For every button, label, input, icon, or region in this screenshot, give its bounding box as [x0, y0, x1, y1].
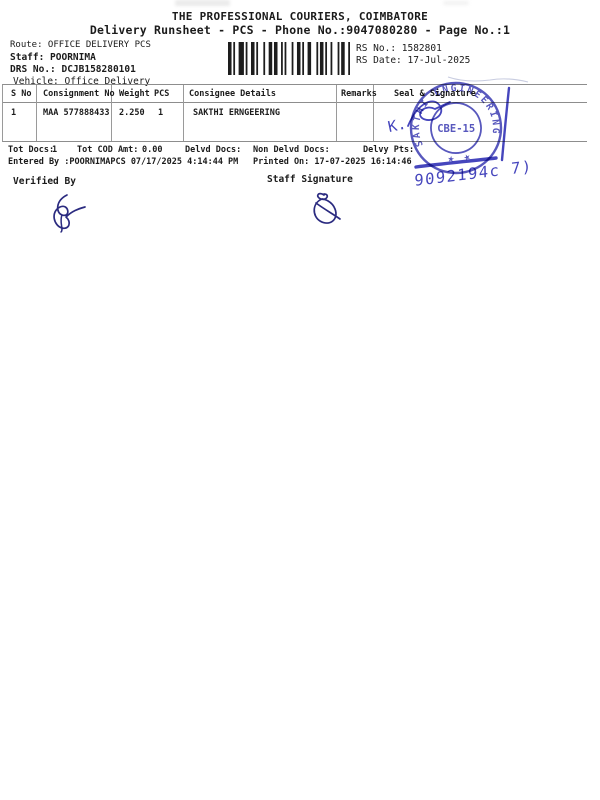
scribble-signature-ink — [408, 101, 450, 126]
handwritten-phone-number: 9092194c 7) — [414, 157, 533, 190]
tot-cod-label: Tot COD Amt: — [77, 145, 138, 155]
tot-docs-value: 1 — [52, 145, 57, 155]
staff-field: Staff: POORNIMA — [10, 52, 96, 63]
entered-by-field: Entered By :POORNIMAPCS 07/17/2025 4:14:… — [8, 157, 238, 167]
rs-date-field: RS Date: 17-Jul-2025 — [356, 55, 470, 66]
row-sno: 1 — [11, 108, 16, 118]
tot-cod-value: 0.00 — [142, 145, 162, 155]
column-separator — [36, 85, 37, 141]
verified-by-signature-ink — [45, 192, 89, 234]
tot-docs-label: Tot Docs: — [8, 145, 54, 155]
col-header-weight: Weight — [119, 89, 150, 99]
col-header-sno: S No — [11, 89, 31, 99]
row-pcs: 1 — [158, 108, 163, 118]
route-field: Route: OFFICE DELIVERY PCS — [10, 40, 151, 50]
handwritten-initial: K. — [386, 115, 407, 136]
document-subtitle: Delivery Runsheet - PCS - Phone No.:9047… — [0, 23, 600, 37]
scan-artifact — [443, 1, 469, 5]
company-title: THE PROFESSIONAL COURIERS, COIMBATORE — [0, 10, 600, 23]
column-separator — [183, 85, 184, 141]
verified-by-label: Verified By — [13, 176, 76, 187]
row-consignee: SAKTHI ERNGEERING — [193, 108, 280, 118]
col-header-pcs: PCS — [154, 89, 169, 99]
drs-no-field: DRS No.: DCJB158280101 — [10, 64, 136, 75]
staff-signature-label: Staff Signature — [267, 174, 353, 185]
col-header-consignee: Consignee Details — [189, 89, 276, 99]
delvd-docs-label: Delvd Docs: — [185, 145, 241, 155]
staff-signature-ink — [308, 190, 346, 230]
col-header-consignment: Consignment No — [43, 89, 115, 99]
non-delvd-docs-label: Non Delvd Docs: — [253, 145, 330, 155]
runsheet-barcode — [228, 42, 350, 75]
column-separator — [336, 85, 337, 141]
col-header-remarks: Remarks — [341, 89, 377, 99]
scan-artifact — [175, 0, 230, 6]
rs-no-field: RS No.: 1582801 — [356, 43, 442, 54]
pen-stroke-vertical — [502, 88, 509, 160]
handwriting-overlay: K. 9092194c 7) — [378, 68, 578, 193]
faint-pen-mark — [448, 77, 528, 82]
runsheet-document: THE PROFESSIONAL COURIERS, COIMBATORE De… — [0, 0, 600, 800]
row-weight: 2.250 — [119, 108, 145, 118]
row-consignment: MAA 577888433 — [43, 108, 110, 118]
